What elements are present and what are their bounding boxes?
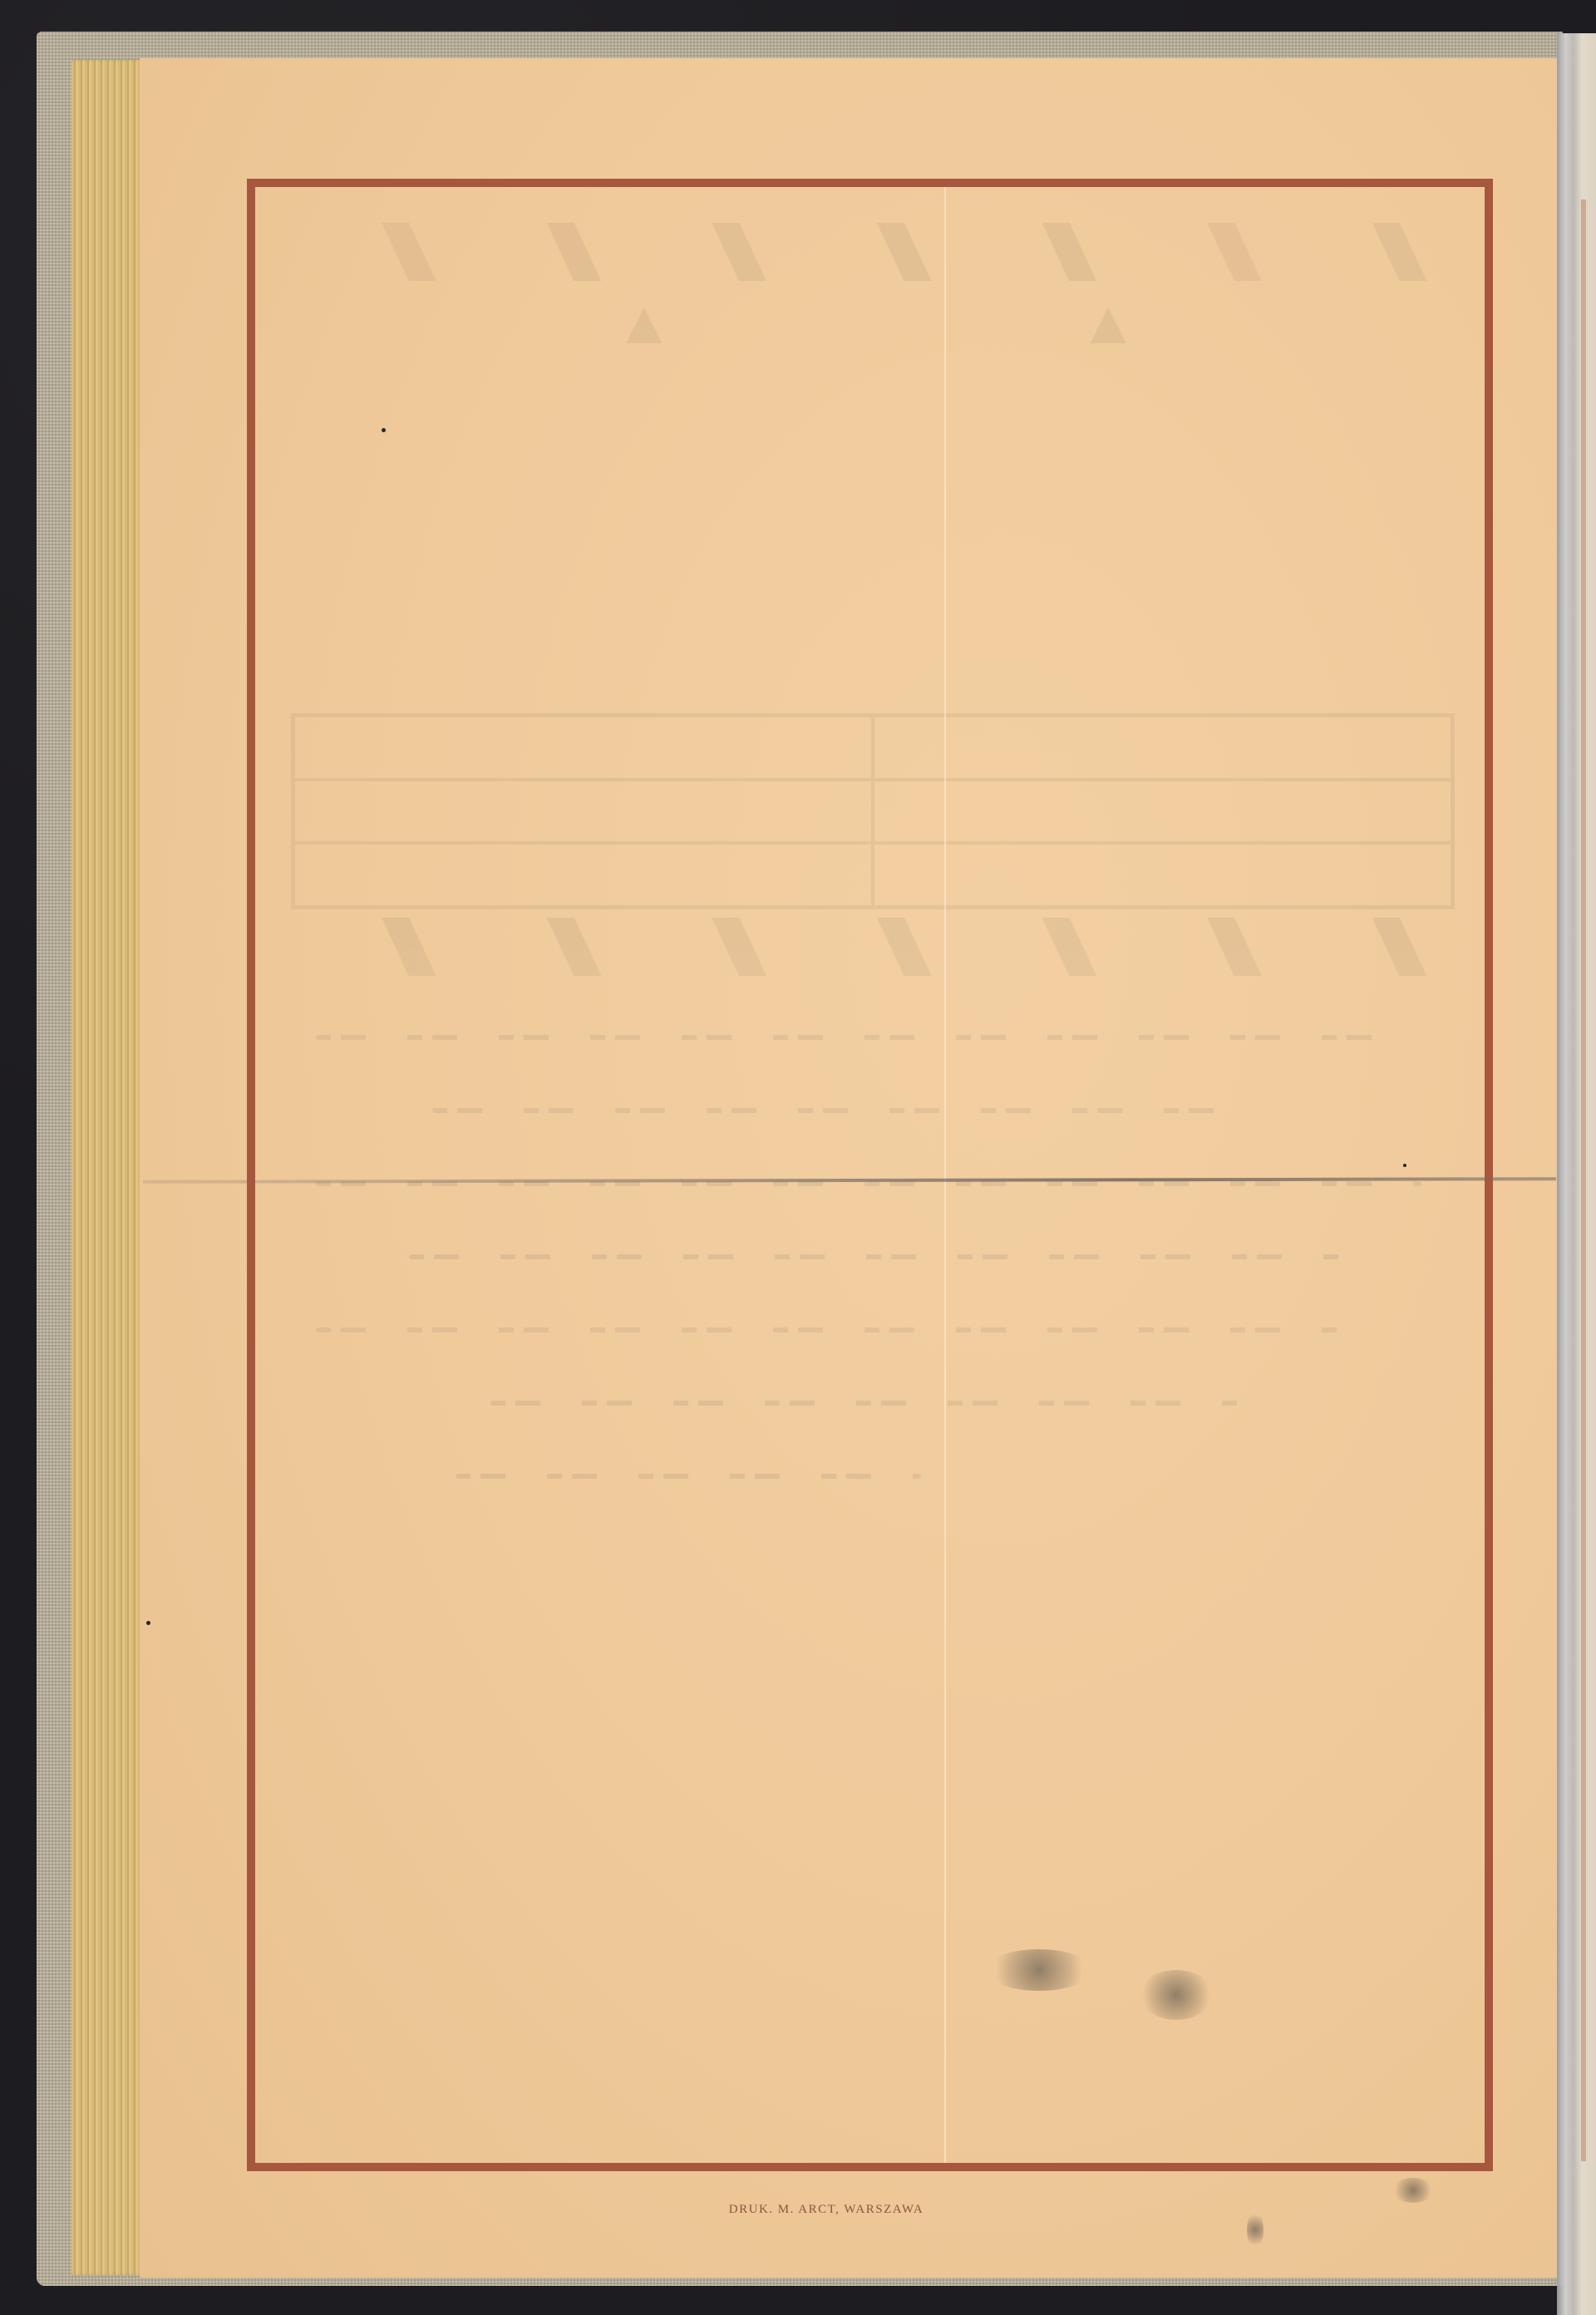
printer-imprint: DRUK. M. ARCT, WARSZAWA xyxy=(0,2203,1596,2217)
speck xyxy=(382,428,386,432)
gutter-adjacent-page xyxy=(1557,33,1596,2315)
adjacent-page-frame-edge xyxy=(1581,199,1586,2161)
speck xyxy=(146,1621,150,1625)
page-block-edges xyxy=(71,60,143,2275)
decorative-red-frame xyxy=(247,179,1493,2171)
speck xyxy=(1403,1164,1406,1167)
